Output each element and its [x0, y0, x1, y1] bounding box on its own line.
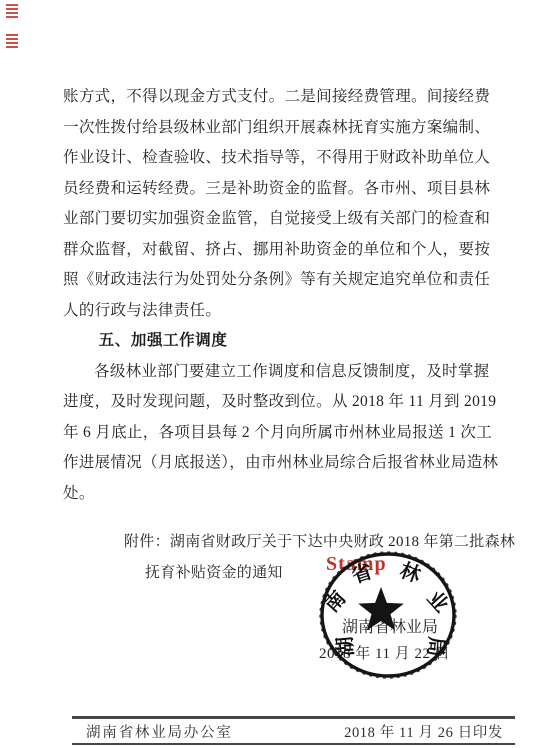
body-line: 业部门要切实加强资金监管，自觉接受上级有关部门的检查和 — [63, 204, 497, 235]
body-line: 一次性拨付给县级林业部门组织开展森林抚育实施方案编制、 — [63, 113, 497, 144]
body-line: 照《财政违法行为处罚处分条例》等有关规定追究单位和责任 — [63, 265, 497, 296]
body-line: 作业设计、检查验收、技术指导等，不得用于财政补助单位人 — [63, 143, 497, 174]
footer-print-date: 2018 年 11 月 26 日印发 — [344, 721, 503, 742]
body-line: 人的行政与法律责任。 — [63, 296, 497, 327]
seal-ring-char: 局 — [423, 636, 448, 658]
body-line: 群众监督，对截留、挤占、挪用补助资金的单位和个人，要按 — [63, 235, 497, 266]
footer-issuer: 湖南省林业局办公室 — [86, 721, 233, 742]
seal-ring-char: 湖 — [332, 636, 358, 658]
body-paragraphs: 账方式，不得以现金方式支付。二是间接经费管理。间接经费 一次性拨付给县级林业部门… — [63, 82, 497, 509]
body-line: 处。 — [63, 479, 497, 510]
red-annotation-mark — [6, 3, 18, 18]
body-line: 进度，及时发现问题，及时整改到位。从 2018 年 11 月到 2019 — [63, 387, 497, 418]
official-seal: 湖 南 省 林 业 局 — [316, 550, 462, 684]
seal-star-icon — [358, 587, 404, 630]
seal-ring-char: 南 — [320, 587, 350, 617]
footer-rule-top — [72, 716, 515, 719]
body-line: 作进展情况（月底报送），由市州林业局综合后报省林业局造林 — [63, 448, 497, 479]
body-line: 各级林业部门要建立工作调度和信息反馈制度，及时掌握 — [63, 357, 497, 388]
body-line: 员经费和运转经费。三是补助资金的监督。各市州、项目县林 — [63, 174, 497, 205]
section-heading: 五、加强工作调度 — [63, 326, 497, 357]
red-annotation-mark — [6, 33, 18, 48]
footer-rule-bottom — [72, 743, 515, 745]
body-line: 账方式，不得以现金方式支付。二是间接经费管理。间接经费 — [63, 82, 497, 113]
body-line: 年 6 月底止，各项目县每 2 个月向所属市州林业局报送 1 次工 — [63, 418, 497, 449]
